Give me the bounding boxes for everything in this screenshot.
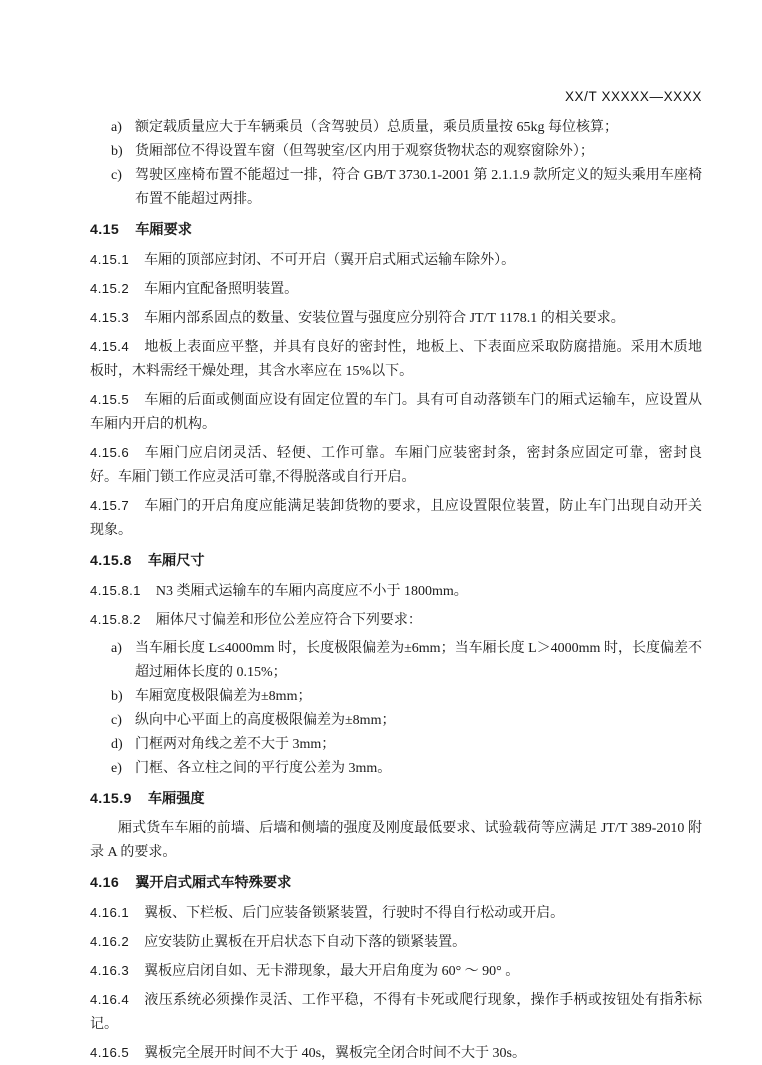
list-item: c)驾驶区座椅布置不能超过一排，符合 GB/T 3730.1-2001 第 2.… bbox=[90, 164, 702, 212]
list-item-label: d) bbox=[111, 733, 135, 757]
clause-paragraph: 4.15.5车厢的后面或侧面应设有固定位置的车门。具有可自动落锁车门的厢式运输车… bbox=[90, 388, 702, 437]
clause-number: 4.16.2 bbox=[90, 934, 129, 949]
ordered-letter-list: a)当车厢长度 L≤4000mm 时，长度极限偏差为±6mm；当车厢长度 L＞4… bbox=[90, 637, 702, 781]
section-heading: 4.15.9车厢强度 bbox=[90, 787, 702, 811]
section-number: 4.15.8 bbox=[90, 553, 132, 569]
list-item-label: e) bbox=[111, 757, 135, 781]
list-item-label: c) bbox=[111, 709, 135, 733]
list-item: d)门框两对角线之差不大于 3mm； bbox=[90, 733, 702, 757]
list-item-label: b) bbox=[111, 685, 135, 709]
section-title: 车厢尺寸 bbox=[148, 553, 205, 569]
section-title: 车厢要求 bbox=[135, 222, 192, 238]
clause-paragraph: 4.16.1翼板、下栏板、后门应装备锁紧装置，行驶时不得自行松动或开启。 bbox=[90, 901, 702, 926]
list-item-text: 额定载质量应大于车辆乘员（含驾驶员）总质量，乘员质量按 65kg 每位核算； bbox=[135, 116, 702, 140]
list-item-text: 纵向中心平面上的高度极限偏差为±8mm； bbox=[135, 709, 702, 733]
clause-paragraph: 4.15.8.1N3 类厢式运输车的车厢内高度应不小于 1800mm。 bbox=[90, 579, 702, 604]
list-item-text: 当车厢长度 L≤4000mm 时，长度极限偏差为±6mm；当车厢长度 L＞400… bbox=[135, 637, 702, 685]
list-item-text: 驾驶区座椅布置不能超过一排，符合 GB/T 3730.1-2001 第 2.1.… bbox=[135, 164, 702, 212]
section-number: 4.15.9 bbox=[90, 791, 132, 807]
clause-number: 4.15.5 bbox=[90, 392, 129, 407]
clause-paragraph: 4.15.2车厢内宜配备照明装置。 bbox=[90, 277, 702, 302]
clause-number: 4.16.4 bbox=[90, 992, 129, 1007]
clause-text: N3 类厢式运输车的车厢内高度应不小于 1800mm。 bbox=[156, 584, 468, 599]
clause-paragraph: 4.15.1车厢的顶部应封闭、不可开启（翼开启式厢式运输车除外）。 bbox=[90, 248, 702, 273]
clause-paragraph: 4.16.3翼板应启闭自如、无卡滞现象，最大开启角度为 60° ～ 90° 。 bbox=[90, 959, 702, 984]
clause-paragraph: 4.15.3车厢内部系固点的数量、安装位置与强度应分别符合 JT/T 1178.… bbox=[90, 306, 702, 331]
clause-paragraph: 4.15.7车厢门的开启角度应能满足装卸货物的要求，且应设置限位装置，防止车门出… bbox=[90, 494, 702, 543]
clause-text: 厢体尺寸偏差和形位公差应符合下列要求： bbox=[156, 613, 422, 628]
list-item: a)额定载质量应大于车辆乘员（含驾驶员）总质量，乘员质量按 65kg 每位核算； bbox=[90, 116, 702, 140]
clause-paragraph: 4.16.5翼板完全展开时间不大于 40s，翼板完全闭合时间不大于 30s。 bbox=[90, 1041, 702, 1065]
clause-number: 4.16.3 bbox=[90, 963, 129, 978]
list-item: b)车厢宽度极限偏差为±8mm； bbox=[90, 685, 702, 709]
clause-paragraph: 4.15.4地板上表面应平整，并具有良好的密封性，地板上、下表面应采取防腐措施。… bbox=[90, 335, 702, 384]
clause-text: 应安装防止翼板在开启状态下自动下落的锁紧装置。 bbox=[144, 935, 466, 950]
clause-text: 车厢内部系固点的数量、安装位置与强度应分别符合 JT/T 1178.1 的相关要… bbox=[144, 311, 625, 326]
clause-number: 4.16.5 bbox=[90, 1045, 129, 1060]
clause-number: 4.15.4 bbox=[90, 339, 129, 354]
list-item: e)门框、各立柱之间的平行度公差为 3mm。 bbox=[90, 757, 702, 781]
ordered-letter-list: a)额定载质量应大于车辆乘员（含驾驶员）总质量，乘员质量按 65kg 每位核算；… bbox=[90, 116, 702, 212]
section-heading: 4.15车厢要求 bbox=[90, 218, 702, 242]
clause-text: 液压系统必须操作灵活、工作平稳，不得有卡死或爬行现象，操作手柄或按钮处有指示标记… bbox=[90, 993, 702, 1032]
page-number: 3 bbox=[675, 988, 682, 1004]
list-item-label: b) bbox=[111, 140, 135, 164]
section-number: 4.16 bbox=[90, 875, 119, 891]
document-body: a)额定载质量应大于车辆乘员（含驾驶员）总质量，乘员质量按 65kg 每位核算；… bbox=[90, 116, 702, 1065]
section-heading: 4.16翼开启式厢式车特殊要求 bbox=[90, 871, 702, 895]
clause-number: 4.15.3 bbox=[90, 310, 129, 325]
clause-number: 4.15.1 bbox=[90, 252, 129, 267]
clause-text: 地板上表面应平整，并具有良好的密封性，地板上、下表面应采取防腐措施。采用木质地板… bbox=[90, 340, 702, 379]
clause-text: 车厢的后面或侧面应设有固定位置的车门。具有可自动落锁车门的厢式运输车，应设置从车… bbox=[90, 393, 702, 432]
list-item-label: c) bbox=[111, 164, 135, 212]
clause-paragraph: 4.16.4液压系统必须操作灵活、工作平稳，不得有卡死或爬行现象，操作手柄或按钮… bbox=[90, 988, 702, 1037]
clause-paragraph: 4.15.8.2厢体尺寸偏差和形位公差应符合下列要求： bbox=[90, 608, 702, 633]
list-item: b)货厢部位不得设置车窗（但驾驶室/区内用于观察货物状态的观察窗除外）； bbox=[90, 140, 702, 164]
clause-number: 4.15.7 bbox=[90, 498, 129, 513]
list-item-text: 车厢宽度极限偏差为±8mm； bbox=[135, 685, 702, 709]
section-number: 4.15 bbox=[90, 222, 119, 238]
clause-number: 4.15.2 bbox=[90, 281, 129, 296]
list-item-label: a) bbox=[111, 637, 135, 685]
clause-text: 车厢内宜配备照明装置。 bbox=[144, 282, 298, 297]
clause-text: 车厢的顶部应封闭、不可开启（翼开启式厢式运输车除外）。 bbox=[144, 253, 515, 268]
section-title: 翼开启式厢式车特殊要求 bbox=[135, 875, 291, 891]
clause-paragraph: 4.16.2应安装防止翼板在开启状态下自动下落的锁紧装置。 bbox=[90, 930, 702, 955]
clause-text: 车厢门的开启角度应能满足装卸货物的要求，且应设置限位装置，防止车门出现自动开关现… bbox=[90, 499, 702, 538]
document-page: XX/T XXXXX—XXXX a)额定载质量应大于车辆乘员（含驾驶员）总质量，… bbox=[0, 0, 762, 1065]
page-content: XX/T XXXXX—XXXX a)额定载质量应大于车辆乘员（含驾驶员）总质量，… bbox=[90, 88, 702, 1065]
body-paragraph: 厢式货车车厢的前墙、后墙和侧墙的强度及刚度最低要求、试验载荷等应满足 JT/T … bbox=[90, 817, 702, 865]
clause-text: 翼板应启闭自如、无卡滞现象，最大开启角度为 60° ～ 90° 。 bbox=[144, 964, 519, 979]
clause-text: 车厢门应启闭灵活、轻便、工作可靠。车厢门应装密封条，密封条应固定可靠，密封良好。… bbox=[90, 446, 702, 485]
clause-paragraph: 4.15.6车厢门应启闭灵活、轻便、工作可靠。车厢门应装密封条，密封条应固定可靠… bbox=[90, 441, 702, 490]
clause-text: 翼板、下栏板、后门应装备锁紧装置，行驶时不得自行松动或开启。 bbox=[144, 906, 564, 921]
list-item: c)纵向中心平面上的高度极限偏差为±8mm； bbox=[90, 709, 702, 733]
clause-number: 4.15.8.2 bbox=[90, 612, 141, 627]
running-header: XX/T XXXXX—XXXX bbox=[90, 88, 702, 106]
clause-text: 翼板完全展开时间不大于 40s，翼板完全闭合时间不大于 30s。 bbox=[144, 1046, 526, 1061]
list-item-text: 货厢部位不得设置车窗（但驾驶室/区内用于观察货物状态的观察窗除外）； bbox=[135, 140, 702, 164]
section-title: 车厢强度 bbox=[148, 791, 205, 807]
clause-number: 4.15.6 bbox=[90, 445, 129, 460]
list-item-label: a) bbox=[111, 116, 135, 140]
section-heading: 4.15.8车厢尺寸 bbox=[90, 549, 702, 573]
list-item-text: 门框、各立柱之间的平行度公差为 3mm。 bbox=[135, 757, 702, 781]
list-item-text: 门框两对角线之差不大于 3mm； bbox=[135, 733, 702, 757]
clause-number: 4.15.8.1 bbox=[90, 583, 141, 598]
clause-number: 4.16.1 bbox=[90, 905, 129, 920]
list-item: a)当车厢长度 L≤4000mm 时，长度极限偏差为±6mm；当车厢长度 L＞4… bbox=[90, 637, 702, 685]
